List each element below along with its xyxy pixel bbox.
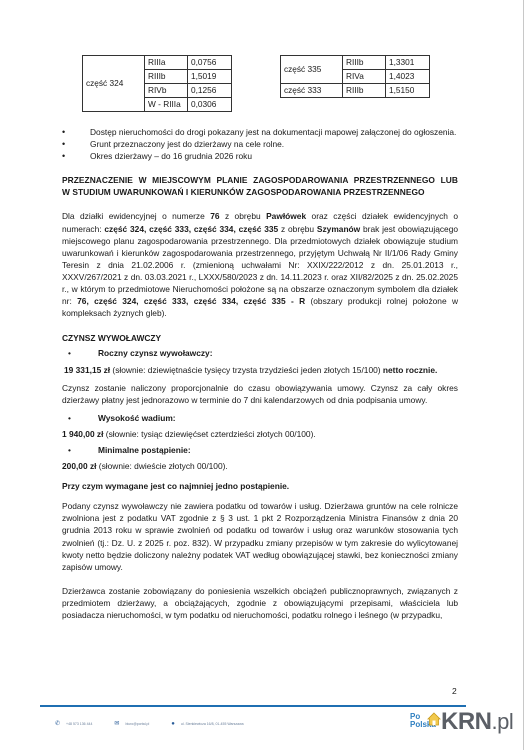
- min-bid-note: Przy czym wymagane jest co najmniej jedn…: [62, 480, 458, 492]
- list-item: Grunt przeznaczony jest do dzierżawy na …: [62, 138, 458, 150]
- table-row: część 335 RIIIb 1,3301: [281, 56, 430, 70]
- house-icon: [427, 712, 441, 726]
- footer-divider: [40, 705, 466, 707]
- soil-class: RIVb: [145, 84, 188, 98]
- soil-class: RIIIb: [343, 84, 386, 98]
- parcel-group: część 324: [83, 56, 145, 112]
- parcel-parts: część 324, część 333, część 334, część 3…: [104, 224, 278, 234]
- email-text: biuro@portal.pl: [125, 722, 149, 726]
- page-edge: [523, 0, 524, 750]
- soil-class: RIIIa: [145, 56, 188, 70]
- zoning-heading-line2: W STUDIUM UWARUNKOWAŃ I KIERUNKÓW ZAGOSP…: [62, 187, 425, 197]
- area-value: 1,5019: [188, 70, 232, 84]
- min-bid-line: 200,00 zł (słownie: dwieście złotych 00/…: [62, 460, 458, 472]
- footer-contacts: ✆ +48 573 136 444 ✉ biuro@portal.pl ● ul…: [55, 720, 244, 727]
- area-value: 1,4023: [386, 70, 430, 84]
- property-info-list: Dostęp nieruchomości do drogi pokazany j…: [62, 126, 458, 162]
- soil-class: RIVa: [343, 70, 386, 84]
- min-bid-words: (słownie: dwieście złotych 00/100).: [96, 461, 227, 471]
- annual-rent-suffix: netto rocznie.: [383, 365, 437, 375]
- annual-rent-words: (słownie: dziewiętnaście tysięcy trzysta…: [110, 365, 383, 375]
- text: z obrębu: [220, 211, 267, 221]
- min-bid-label: Minimalne postąpienie:: [62, 444, 458, 456]
- annual-rent-label: Roczny czynsz wywoławczy:: [62, 347, 458, 359]
- envelope-icon: ✉: [114, 720, 119, 727]
- soil-class: W - RIIIa: [145, 98, 188, 112]
- krn-logo-main: KRN: [441, 708, 492, 735]
- document-body: Dostęp nieruchomości do drogi pokazany j…: [62, 126, 458, 621]
- deposit-words: (słownie: tysiąc dziewięćset czterdzieśc…: [103, 429, 315, 439]
- text: Dla działki ewidencyjnej o numerze: [62, 211, 210, 221]
- area-value: 1,5150: [386, 84, 430, 98]
- parcel-group: część 335: [281, 56, 343, 84]
- area-value: 0,0756: [188, 56, 232, 70]
- annual-rent-amount: 19 331,15 zł: [64, 365, 110, 375]
- zoning-paragraph: Dla działki ewidencyjnej o numerze 76 z …: [62, 210, 458, 319]
- precinct-name: Pawłówek: [266, 211, 306, 221]
- phone-icon: ✆: [55, 720, 60, 727]
- krn-logo-suffix: .pl: [492, 709, 514, 734]
- soil-class: RIIIb: [145, 70, 188, 84]
- deposit-line: 1 940,00 zł (słownie: tysiąc dziewięćset…: [62, 428, 458, 440]
- payment-note: Czynsz zostanie naliczony proporcjonalni…: [62, 382, 458, 406]
- precinct-name: Szymanów: [317, 224, 360, 234]
- zoning-heading-line1: PRZEZNACZENIE W MIEJSCOWYM PLANIE ZAGOSP…: [62, 174, 458, 186]
- deposit-amount: 1 940,00 zł: [62, 429, 103, 439]
- page-number: 2: [452, 686, 457, 696]
- map-pin-icon: ●: [171, 721, 175, 727]
- deposit-label: Wysokość wadium:: [62, 412, 458, 424]
- footer-address: ● ul. Sienkiewicza 16/8, 01-455 Warszawa: [171, 721, 243, 727]
- area-value: 1,3301: [386, 56, 430, 70]
- soil-class: RIIIb: [343, 56, 386, 70]
- address-text: ul. Sienkiewicza 16/8, 01-455 Warszawa: [181, 722, 244, 726]
- krn-logo: KRN.pl: [441, 708, 513, 736]
- list-item: Dostęp nieruchomości do drogi pokazany j…: [62, 126, 458, 138]
- parcel-table-left: część 324 RIIIa 0,0756 RIIIb 1,5019 RIVb…: [82, 55, 232, 112]
- text: z obrębu: [278, 224, 317, 234]
- area-value: 0,0306: [188, 98, 232, 112]
- zoning-heading: PRZEZNACZENIE W MIEJSCOWYM PLANIE ZAGOSP…: [62, 174, 458, 198]
- rent-section-title: CZYNSZ WYWOŁAWCZY: [62, 332, 458, 344]
- annual-rent-line: 19 331,15 zł (słownie: dziewiętnaście ty…: [62, 364, 458, 376]
- obligations-note: Dzierżawca zostanie zobowiązany do ponie…: [62, 585, 458, 621]
- area-value: 0,1256: [188, 84, 232, 98]
- footer-phone: ✆ +48 573 136 444: [55, 720, 92, 727]
- phone-text: +48 573 136 444: [66, 722, 92, 726]
- document-page: część 324 RIIIa 0,0756 RIIIb 1,5019 RIVb…: [0, 0, 530, 750]
- min-bid-amount: 200,00 zł: [62, 461, 96, 471]
- table-row: część 333 RIIIb 1,5150: [281, 84, 430, 98]
- list-item: Okres dzierżawy – do 16 grudnia 2026 rok…: [62, 150, 458, 162]
- vat-note: Podany czynsz wywoławczy nie zawiera pod…: [62, 500, 458, 573]
- text: brak jest obowiązującego miejscowego pla…: [62, 224, 458, 307]
- zoning-symbol: 76, część 324, część 333, część 334, czę…: [77, 296, 305, 306]
- parcel-table-right: część 335 RIIIb 1,3301 RIVa 1,4023 część…: [280, 55, 430, 98]
- parcel-group: część 333: [281, 84, 343, 98]
- table-row: część 324 RIIIa 0,0756: [83, 56, 232, 70]
- parcel-number: 76: [210, 211, 219, 221]
- footer-email: ✉ biuro@portal.pl: [114, 720, 149, 727]
